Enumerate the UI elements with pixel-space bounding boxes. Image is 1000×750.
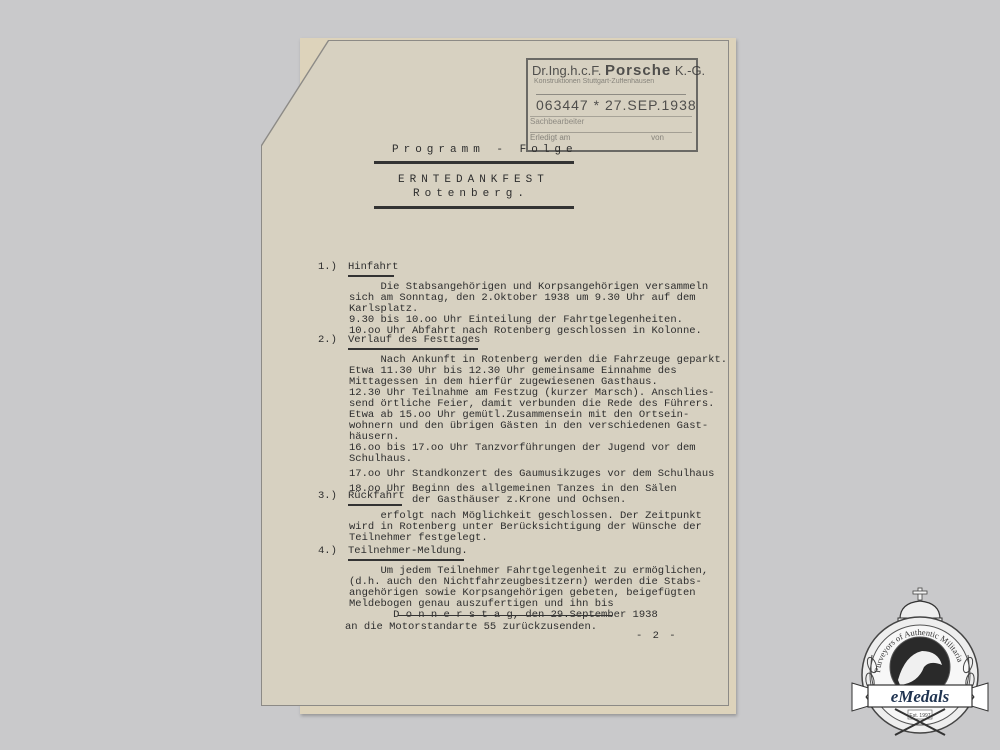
program-title: Programm - Folge <box>392 145 578 156</box>
section-2-title: Verlauf des Festtages <box>348 335 478 350</box>
stamp-von: von <box>651 133 664 142</box>
stamp-subline: Konstruktionen Stuttgart-Zuffenhausen <box>534 78 654 85</box>
stamp-line-done-label: Erledigt am <box>530 133 570 142</box>
event-place: Rotenberg. <box>413 189 529 200</box>
title-rule <box>374 161 574 164</box>
stamp-number: 063447 <box>536 97 589 113</box>
section-1-number: 1.) <box>318 262 337 273</box>
section-1-body: Die Stabsangehörigen und Korpsangehörige… <box>349 282 708 337</box>
section-1-title: Hinfahrt <box>348 262 394 277</box>
body-line: Schulhaus. <box>349 454 727 465</box>
body-line: der Gasthäuser z.Krone und Ochsen. <box>349 495 727 506</box>
stamp-company-suffix: K.-G. <box>675 63 705 78</box>
section-3-title: Rückfahrt <box>348 491 402 506</box>
deadline-underline <box>398 615 612 616</box>
header-rule <box>374 206 574 209</box>
section-4-title: Teilnehmer-Meldung. <box>348 546 464 561</box>
section-2-body: Nach Ankunft in Rotenberg werden die Fah… <box>349 355 727 506</box>
section-4-closing: an die Motorstandarte 55 zurückzusenden. <box>345 622 597 633</box>
section-3-number: 3.) <box>318 491 337 502</box>
stamp-company-name: Porsche <box>605 62 671 79</box>
section-4-body: Um jedem Teilnehmer Fahrtgelegenheit zu … <box>349 566 708 621</box>
section-3-body: erfolgt nach Möglichkeit geschlossen. De… <box>349 511 702 544</box>
logo-brand: eMedals <box>891 687 950 706</box>
stamp-number-date: 063447 * 27.SEP.1938 <box>536 94 686 113</box>
emedals-logo-icon: Purveyors of Authentic Militaria eMedals… <box>850 585 990 740</box>
stamp-separator: * <box>594 97 600 113</box>
stamp-line-done: Erledigt am von <box>530 132 692 142</box>
body-line: wohnern und den übrigen Gästen in den ve… <box>349 421 727 432</box>
page-number: - 2 - <box>636 631 678 642</box>
stamp-date: 27.SEP.1938 <box>605 97 697 113</box>
body-line: 17.oo Uhr Standkonzert des Gaumusikzuges… <box>349 469 727 480</box>
stamp-company: Dr.Ing.h.c.F. Porsche K.-G. <box>532 62 705 79</box>
event-name: ERNTEDANKFEST <box>398 175 549 186</box>
section-2-number: 2.) <box>318 335 337 346</box>
stamp-line-handler: Sachbearbeiter <box>530 116 692 126</box>
body-line: Teilnehmer festgelegt. <box>349 533 702 544</box>
stamp-company-prefix: Dr.Ing.h.c.F. <box>532 63 601 78</box>
emedals-watermark: Purveyors of Authentic Militaria eMedals… <box>850 585 990 740</box>
section-4-number: 4.) <box>318 546 337 557</box>
receipt-stamp: Dr.Ing.h.c.F. Porsche K.-G. Konstruktion… <box>526 58 698 152</box>
